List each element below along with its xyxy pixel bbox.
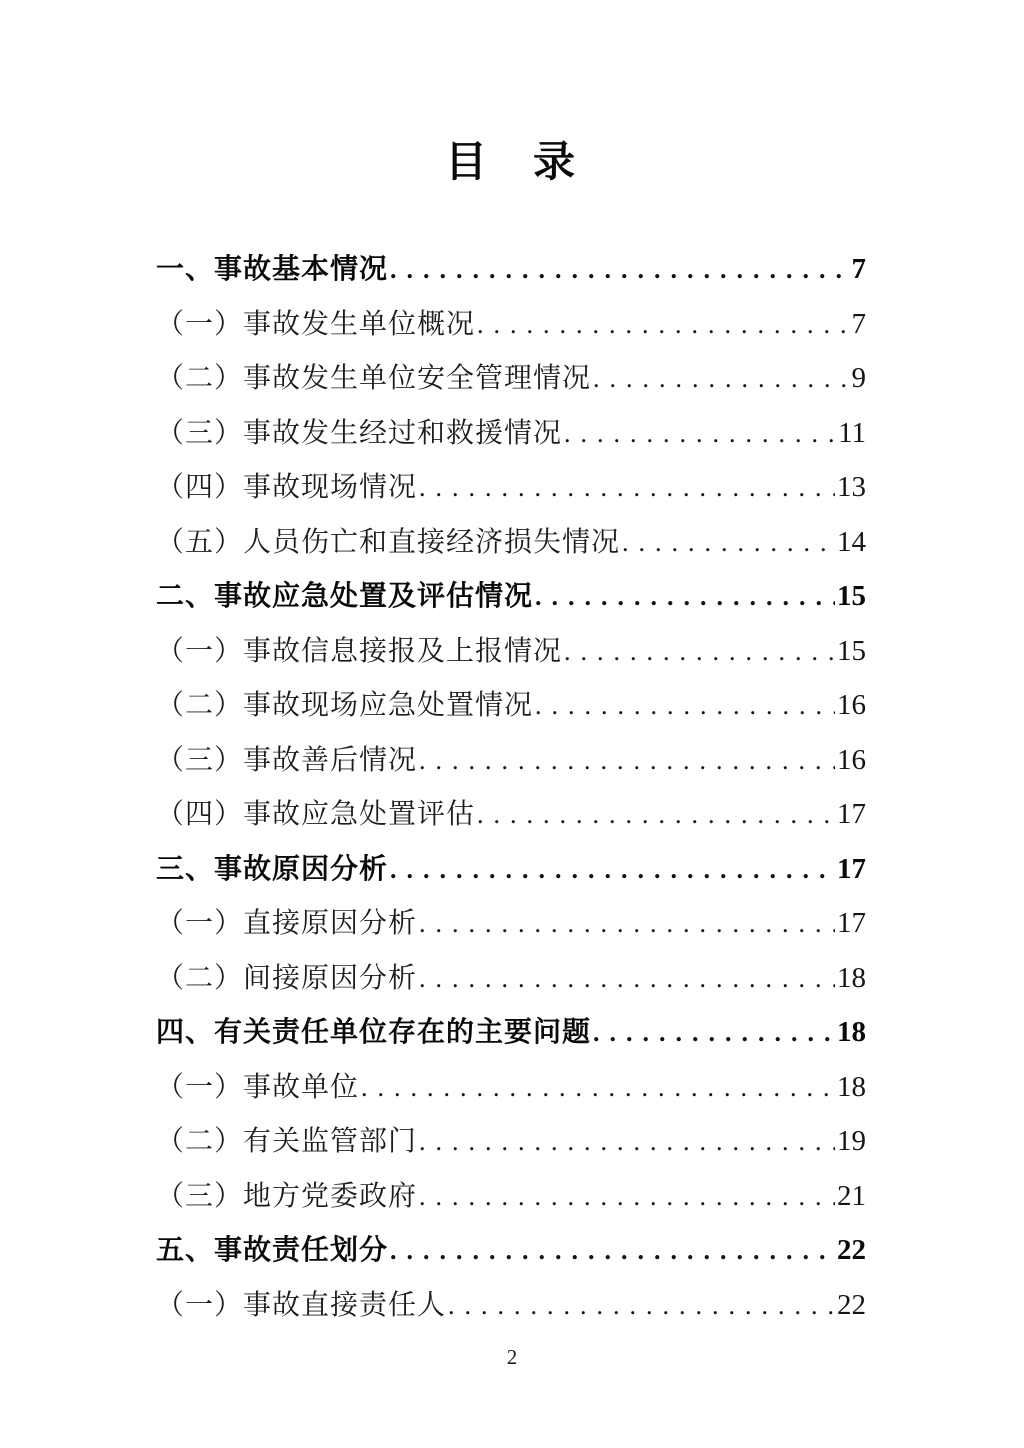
toc-entry: 一、事故基本情况 7	[156, 242, 866, 297]
footer-page-number: 2	[0, 1345, 1024, 1370]
dot-leader	[448, 1279, 835, 1334]
toc-entry-label: 二、事故应急处置及评估情况	[156, 569, 533, 624]
toc-entry-page: 22	[837, 1223, 866, 1278]
toc-entry-label: （一）直接原因分析	[156, 896, 417, 951]
dot-leader	[535, 679, 835, 734]
toc-entry-page: 13	[837, 460, 866, 515]
toc-entry: （一）事故直接责任人 22	[156, 1278, 866, 1333]
page-title: 目 录	[156, 138, 866, 186]
toc-entry-page: 11	[838, 406, 866, 461]
toc-entry-page: 17	[837, 896, 866, 951]
dot-leader	[419, 461, 835, 516]
toc-entry-label: （二）有关监管部门	[156, 1114, 417, 1169]
toc-entry: 二、事故应急处置及评估情况 15	[156, 569, 866, 624]
toc-entry: （二）间接原因分析 18	[156, 951, 866, 1006]
toc-entry-page: 21	[837, 1169, 866, 1224]
dot-leader	[419, 952, 835, 1007]
toc-entry: 五、事故责任划分 22	[156, 1223, 866, 1278]
toc-entry-page: 9	[852, 351, 867, 406]
dot-leader	[361, 1061, 835, 1116]
toc-entry-label: （一）事故单位	[156, 1060, 359, 1115]
toc-entry: （一）事故单位 18	[156, 1060, 866, 1115]
toc-entry-page: 18	[837, 951, 866, 1006]
table-of-contents: 一、事故基本情况 7 （一）事故发生单位概况 7 （二）事故发生单位安全管理情况…	[156, 242, 866, 1332]
toc-entry: （二）有关监管部门 19	[156, 1114, 866, 1169]
toc-entry: （二）事故现场应急处置情况 16	[156, 678, 866, 733]
toc-entry: （三）地方党委政府 21	[156, 1169, 866, 1224]
toc-entry: （四）事故现场情况 13	[156, 460, 866, 515]
dot-leader	[390, 843, 835, 898]
toc-entry: （五）人员伤亡和直接经济损失情况 14	[156, 515, 866, 570]
dot-leader	[477, 788, 835, 843]
dot-leader	[390, 1224, 835, 1279]
toc-entry-label: （一）事故信息接报及上报情况	[156, 624, 562, 679]
toc-entry: （一）事故发生单位概况 7	[156, 297, 866, 352]
toc-entry-page: 14	[837, 515, 866, 570]
dot-leader	[390, 243, 849, 298]
toc-entry-label: （一）事故直接责任人	[156, 1278, 446, 1333]
toc-entry-page: 17	[837, 787, 866, 842]
dot-leader	[564, 407, 836, 462]
document-page: 目 录 一、事故基本情况 7 （一）事故发生单位概况 7 （二）事故发生单位安全…	[0, 0, 1024, 1448]
dot-leader	[564, 625, 835, 680]
dot-leader	[622, 516, 835, 571]
toc-entry-label: （三）地方党委政府	[156, 1169, 417, 1224]
toc-entry-page: 7	[852, 242, 867, 297]
dot-leader	[593, 352, 849, 407]
toc-entry-label: （五）人员伤亡和直接经济损失情况	[156, 515, 620, 570]
toc-entry: （四）事故应急处置评估 17	[156, 787, 866, 842]
toc-entry-label: （四）事故应急处置评估	[156, 787, 475, 842]
toc-entry-page: 18	[837, 1060, 866, 1115]
toc-entry-page: 15	[837, 569, 866, 624]
toc-entry-label: （二）间接原因分析	[156, 951, 417, 1006]
toc-entry-label: 五、事故责任划分	[156, 1223, 388, 1278]
toc-entry: 四、有关责任单位存在的主要问题 18	[156, 1005, 866, 1060]
dot-leader	[419, 897, 835, 952]
toc-entry-label: （二）事故发生单位安全管理情况	[156, 351, 591, 406]
dot-leader	[593, 1006, 835, 1061]
dot-leader	[535, 570, 835, 625]
dot-leader	[477, 298, 849, 353]
toc-entry: （三）事故发生经过和救援情况 11	[156, 406, 866, 461]
toc-entry-page: 18	[837, 1005, 866, 1060]
dot-leader	[419, 1170, 835, 1225]
toc-entry: （二）事故发生单位安全管理情况 9	[156, 351, 866, 406]
dot-leader	[419, 1115, 835, 1170]
toc-entry-label: （三）事故善后情况	[156, 733, 417, 788]
toc-entry: 三、事故原因分析 17	[156, 842, 866, 897]
toc-entry-page: 16	[837, 733, 866, 788]
toc-entry-page: 17	[837, 842, 866, 897]
toc-entry: （一）直接原因分析 17	[156, 896, 866, 951]
toc-entry: （一）事故信息接报及上报情况 15	[156, 624, 866, 679]
toc-entry-label: （四）事故现场情况	[156, 460, 417, 515]
toc-entry: （三）事故善后情况 16	[156, 733, 866, 788]
toc-entry-page: 15	[837, 624, 866, 679]
toc-entry-page: 16	[837, 678, 866, 733]
toc-entry-label: 四、有关责任单位存在的主要问题	[156, 1005, 591, 1060]
toc-entry-label: （二）事故现场应急处置情况	[156, 678, 533, 733]
toc-entry-label: 一、事故基本情况	[156, 242, 388, 297]
toc-entry-label: 三、事故原因分析	[156, 842, 388, 897]
dot-leader	[419, 734, 835, 789]
toc-entry-page: 19	[837, 1114, 866, 1169]
toc-entry-label: （一）事故发生单位概况	[156, 297, 475, 352]
toc-entry-page: 7	[852, 297, 867, 352]
toc-entry-label: （三）事故发生经过和救援情况	[156, 406, 562, 461]
toc-entry-page: 22	[837, 1278, 866, 1333]
